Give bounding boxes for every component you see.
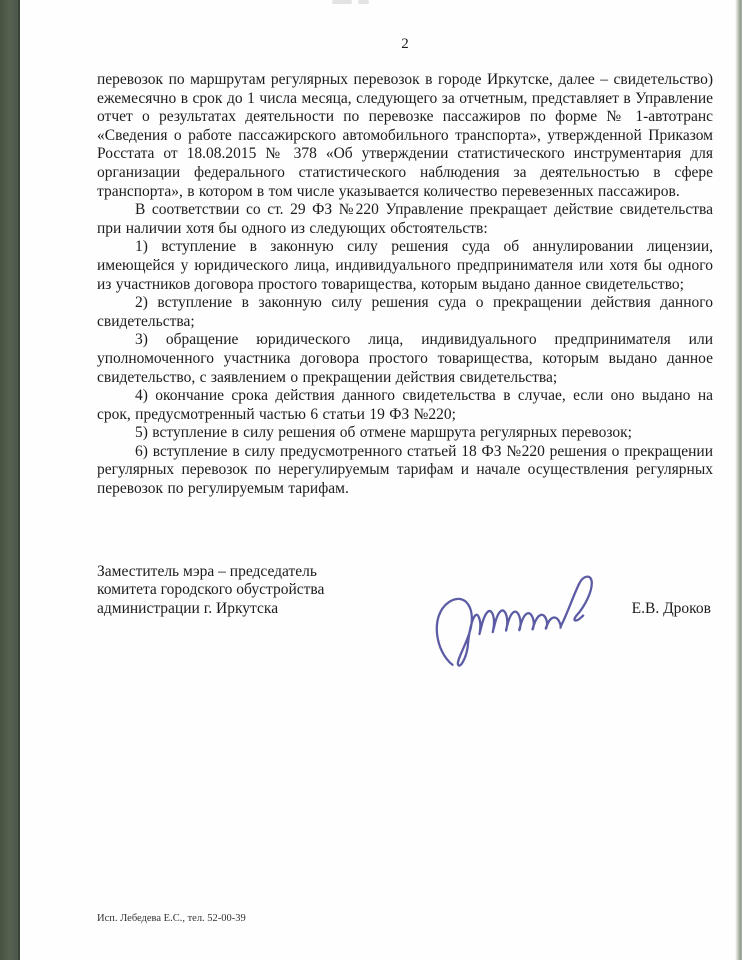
- clause-6: 6) вступление в силу предусмотренного ст…: [97, 443, 713, 499]
- signatory-name: Е.В. Дроков: [632, 600, 713, 619]
- clause-1: 1) вступление в законную силу решения су…: [97, 238, 713, 294]
- continuation-paragraph: перевозок по маршрутам регулярных перево…: [97, 71, 713, 201]
- clause-2: 2) вступление в законную силу решения су…: [97, 294, 713, 331]
- signatory-title: Заместитель мэра – председатель комитета…: [97, 563, 324, 619]
- signatory-title-line: администрации г. Иркутска: [97, 600, 324, 619]
- clause-3: 3) обращение юридического лица, индивиду…: [97, 331, 713, 387]
- clause-5: 5) вступление в силу решения об отмене м…: [97, 424, 713, 443]
- signature-scribble: [424, 566, 604, 684]
- page-number: 2: [97, 35, 713, 54]
- page-right-edge: [735, 0, 742, 960]
- intro-paragraph: В соответствии со ст. 29 ФЗ №220 Управле…: [97, 201, 713, 238]
- scanned-document-page: 2 перевозок по маршрутам регулярных пере…: [0, 0, 742, 960]
- signatory-title-line: Заместитель мэра – председатель: [97, 563, 324, 582]
- signatory-title-line: комитета городского обустройства: [97, 581, 324, 600]
- executor-note: Исп. Лебедева Е.С., тел. 52-00-39: [97, 912, 246, 925]
- binding-strip: [0, 0, 20, 960]
- signature-block: Заместитель мэра – председатель комитета…: [97, 563, 713, 619]
- document-content: 2 перевозок по маршрутам регулярных пере…: [97, 0, 713, 618]
- clause-4: 4) окончание срока действия данного свид…: [97, 387, 713, 424]
- signature-ink-path: [437, 577, 592, 666]
